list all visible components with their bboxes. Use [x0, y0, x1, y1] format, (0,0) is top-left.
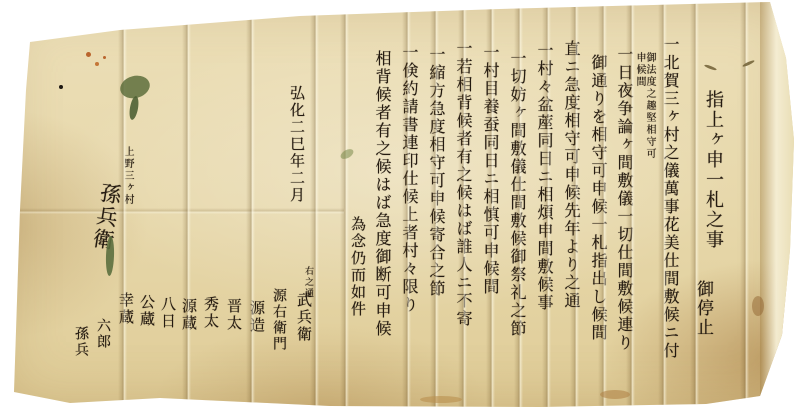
manuscript-photo: 指上ヶ申一札之事御停止一北賀三ヶ村之儀萬事花美仕間敷候ニ付御法度之趣堅相守可申候…: [0, 0, 800, 408]
endorsement-name: 孫兵衛: [80, 181, 122, 318]
fold-crease: [458, 0, 467, 408]
stain: [704, 64, 717, 71]
paper-sheet: 指上ヶ申一札之事御停止一北賀三ヶ村之儀萬事花美仕間敷候ニ付御法度之趣堅相守可申候…: [0, 0, 800, 408]
signature-column: 武兵衛: [296, 292, 311, 392]
fold-crease: [430, 0, 439, 408]
fold-crease: [598, 0, 607, 408]
signature-column: 公蔵: [139, 294, 154, 384]
signature-column: 源右衛門: [272, 288, 286, 400]
stain: [420, 396, 462, 403]
closing-column: 為念仍而如件: [350, 216, 365, 341]
stain: [752, 296, 764, 316]
stain: [59, 85, 63, 89]
text-column: 相背候者有之候はば急度御断可申候: [374, 50, 390, 395]
annotation-column: 御法度之趣堅相守可申候間: [634, 52, 654, 162]
fold-crease: [514, 0, 523, 408]
signature-column: 孫兵: [74, 326, 88, 406]
stain: [105, 236, 114, 276]
fold-crease: [118, 0, 127, 408]
fold-crease: [690, 0, 699, 408]
fold-crease: [542, 0, 551, 408]
stain: [600, 390, 630, 399]
stain: [86, 52, 91, 57]
signature-column: 八日: [160, 296, 175, 386]
folded-right-edge: [760, 0, 796, 408]
date-column: 弘化二巳年二月: [289, 85, 304, 230]
fold-crease: [402, 0, 411, 408]
fold-crease: [310, 0, 319, 408]
fold-crease: [246, 0, 255, 408]
title-column: 指上ヶ申一札之事: [704, 90, 722, 265]
signature-column: 六郎: [96, 318, 110, 398]
signature-column: 晋太: [226, 298, 241, 388]
fold-crease: [486, 0, 495, 408]
signature-column: 秀太: [203, 296, 218, 386]
fold-crease: [340, 0, 349, 408]
stain: [95, 62, 99, 66]
fold-crease: [626, 0, 635, 408]
fold-crease: [658, 0, 667, 408]
stain: [128, 95, 140, 120]
fold-crease: [570, 0, 579, 408]
fold-crease: [182, 0, 191, 408]
stain: [103, 56, 106, 59]
